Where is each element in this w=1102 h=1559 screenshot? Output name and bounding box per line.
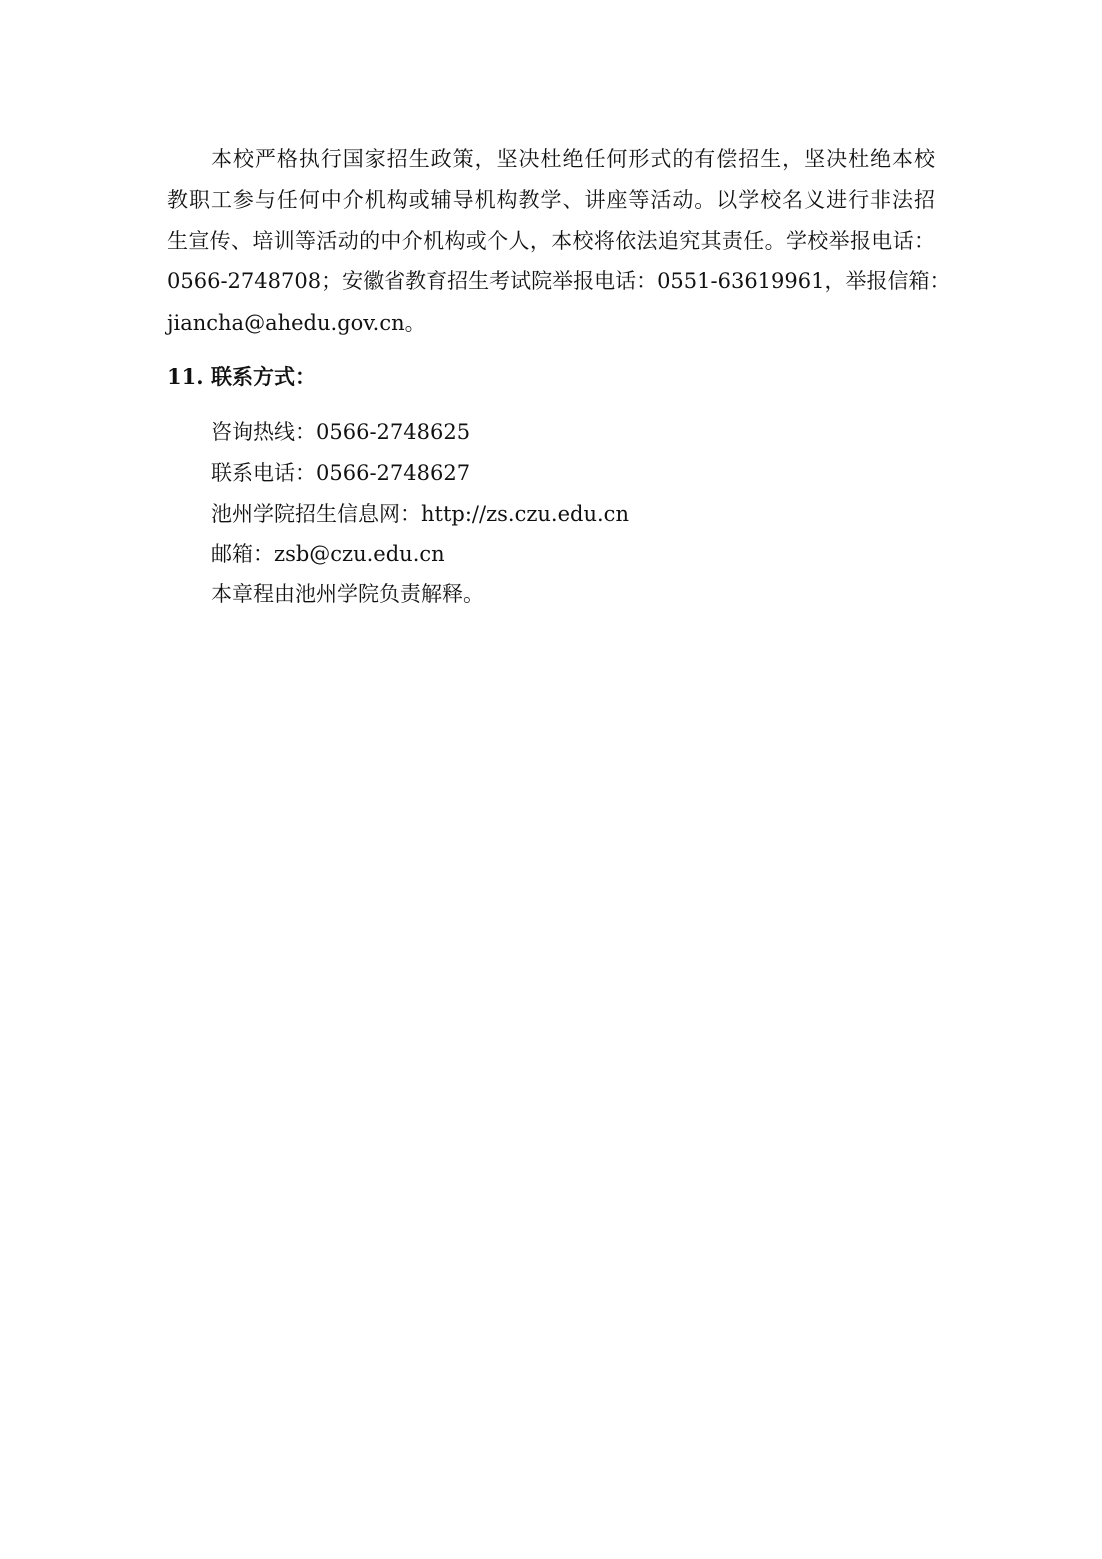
paragraph-line-5: jiancha@ahedu.gov.cn。 xyxy=(167,311,426,335)
paragraph-line-3: 生宣传、培训等活动的中介机构或个人，本校将依法追究其责任。学校举报电话： xyxy=(167,229,935,253)
section-title: 联系方式： xyxy=(211,365,316,389)
contact-phone: 联系电话：0566-2748627 xyxy=(211,461,470,485)
paragraph-line-1: 本校严格执行国家招生政策，坚决杜绝任何形式的有偿招生，坚决杜绝本校 xyxy=(211,147,935,171)
document-page: 本校严格执行国家招生政策，坚决杜绝任何形式的有偿招生，坚决杜绝本校 教职工参与任… xyxy=(0,0,1102,1559)
section-heading: 11.联系方式： xyxy=(167,365,316,389)
paragraph-line-4: 0566-2748708；安徽省教育招生考试院举报电话：0551-6361996… xyxy=(167,269,935,293)
section-number: 11. xyxy=(167,365,211,389)
contact-hotline: 咨询热线：0566-2748625 xyxy=(211,420,470,444)
interpretation-note: 本章程由池州学院负责解释。 xyxy=(211,582,484,606)
paragraph-line-2: 教职工参与任何中介机构或辅导机构教学、讲座等活动。以学校名义进行非法招 xyxy=(167,188,935,212)
contact-email: 邮箱：zsb@czu.edu.cn xyxy=(211,542,445,566)
contact-website: 池州学院招生信息网：http://zs.czu.edu.cn xyxy=(211,502,629,526)
